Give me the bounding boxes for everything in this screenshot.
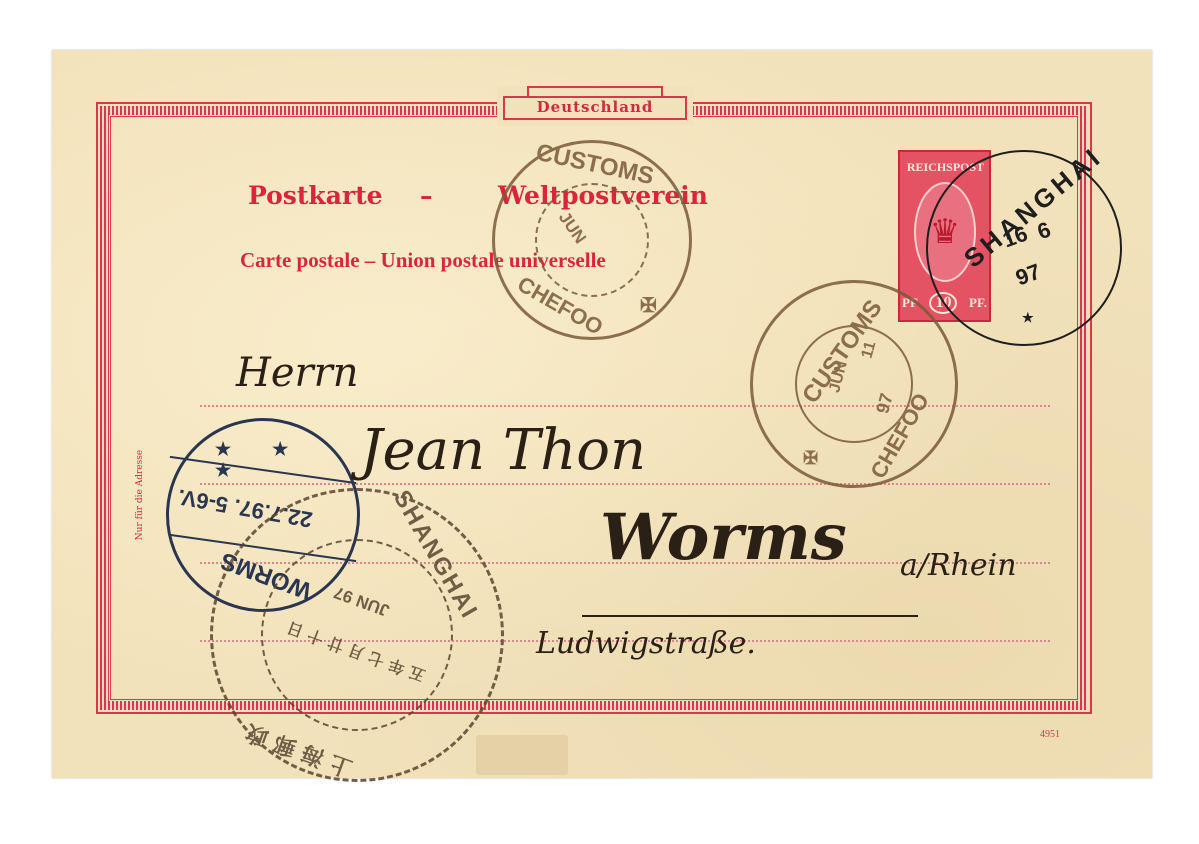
paper-stain [476, 735, 568, 775]
postmark-customs-chefoo-right: CUSTOMS CHEFOO JUN 11 97 ✠ [750, 280, 958, 488]
serial-number: 4951 [1040, 729, 1060, 740]
maltese-cross-icon: ✠ [803, 448, 818, 469]
title-postkarte: Postkarte [248, 181, 383, 210]
address-city-underline [582, 615, 918, 617]
postmark-city: SHANGHAI [958, 141, 1109, 274]
star-icons: ★ ★ ★ [215, 439, 357, 481]
banner-ornament [527, 86, 663, 96]
postmark-year: 97 [1012, 259, 1044, 292]
postmark-inner-ring [535, 183, 649, 297]
address-city: Worms [600, 500, 847, 575]
address-street: Ludwigstraße. [536, 626, 756, 661]
address-region: a/Rhein [900, 548, 1017, 583]
country-banner: Deutschland [497, 86, 693, 126]
title-dash: – [420, 181, 433, 210]
side-note: Nur für die Adresse [135, 405, 145, 585]
star-icon: ★ [1022, 310, 1034, 326]
postmark-shanghai-chinese: SHANGHAI JUN 97 上 海 郵 政 五 年 七 月 廿 十 日 [210, 488, 504, 782]
address-salutation: Herrn [236, 350, 359, 396]
postmark-shanghai: SHANGHAI 16 6 97 ★ [926, 150, 1122, 346]
maltese-cross-icon: ✠ [640, 293, 657, 318]
postmark-customs-chefoo-top: CUSTOMS CHEFOO JUN ✠ [492, 140, 692, 340]
postmark-month: 6 [1034, 217, 1054, 246]
country-name: Deutschland [497, 98, 693, 116]
address-name: Jean Thon [360, 418, 646, 483]
